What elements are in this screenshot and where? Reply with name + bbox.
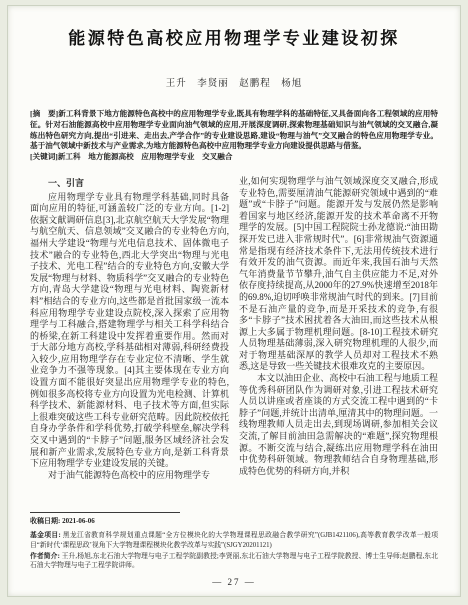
paper-page: 能源特色高校应用物理学专业建设初探 王升 李贤丽 赵鹏程 杨旭 [摘 要]新工科… [7, 5, 461, 597]
abstract-text: 新工科背景下地方能源特色高校中的应用物理学专业,既具有物理学科的基础特征,又具备… [30, 109, 438, 150]
scan-background: 能源特色高校应用物理学专业建设初探 王升 李贤丽 赵鹏程 杨旭 [摘 要]新工科… [0, 0, 468, 605]
left-column-text: 一、引言 应用物理学专业具有物理学科基础,同时具备面向应用的特征,可涵盖较广泛的… [30, 176, 229, 509]
keywords-label: [关键词] [30, 152, 58, 161]
bio-line: 作者简介: 王升,杨旭,东北石油大学物理与电子工程学院副教授;李贤丽,东北石油大… [30, 552, 438, 572]
fund-text: 黑龙江省教育科学规划重点课题“全方位模块化的大学物理课程思政融合教学研究”(GJ… [30, 532, 438, 549]
paragraph-methods: 本文以油田企业、高校中石油工程与地质工程等优秀科研团队作为调研对象,引进工程技术… [239, 373, 438, 477]
paragraph-intro: 应用物理学专业具有物理学科基础,同时具备面向应用的特征,可涵盖较广泛的专业方向。… [30, 192, 229, 470]
body-right-column: 业,如何实现物理学与油气领域深度交叉融合,形成专业特色,需要厘清油气能源研究领域… [239, 176, 438, 528]
bio-text: 王升,杨旭,东北石油大学物理与电子工程学院副教授;李贤丽,东北石油大学物理与电子… [30, 553, 438, 570]
abstract-block: [摘 要]新工科背景下地方能源特色高校中的应用物理学专业,既具有物理学科的基础特… [30, 109, 438, 163]
body-left-column: 一、引言 应用物理学专业具有物理学科基础,同时具备面向应用的特征,可涵盖较广泛的… [30, 176, 229, 528]
received-date-line: 收稿日期: 2021-06-06 [30, 516, 229, 528]
paragraph-transition: 对于油气能源特色高校中的应用物理学专 [30, 470, 229, 482]
bio-label: 作者简介: [30, 553, 60, 560]
received-date-label: 收稿日期: [30, 517, 60, 525]
section-heading-introduction: 一、引言 [30, 178, 229, 190]
keywords-text: 新工科 地方能源高校 应用物理学专业 交叉融合 [58, 152, 233, 161]
abstract-label: [摘 要] [30, 109, 58, 118]
page-title: 能源特色高校应用物理学专业建设初探 [30, 24, 438, 49]
fund-label: 基金项目: [30, 532, 61, 539]
page-number: — 27 — [30, 577, 438, 587]
fund-line: 基金项目: 黑龙江省教育科学规划重点课题“全方位模块化的大学物理课程思政融合教学… [30, 531, 438, 551]
footnote-block: 基金项目: 黑龙江省教育科学规划重点课题“全方位模块化的大学物理课程思政融合教学… [30, 531, 438, 571]
abstract-paragraph: [摘 要]新工科背景下地方能源特色高校中的应用物理学专业,既具有物理学科的基础特… [30, 109, 438, 152]
body-columns: 一、引言 应用物理学专业具有物理学科基础,同时具备面向应用的特征,可涵盖较广泛的… [30, 176, 438, 528]
footnote-received-area: 收稿日期: 2021-06-06 [30, 509, 229, 528]
received-date-value: 2021-06-06 [62, 517, 95, 525]
keywords-line: [关键词]新工科 地方能源高校 应用物理学专业 交叉融合 [30, 152, 438, 163]
footnote-separator [30, 512, 180, 513]
paragraph-continuation: 业,如何实现物理学与油气领域深度交叉融合,形成专业特色,需要厘清油气能源研究领域… [239, 176, 438, 373]
authors-line: 王升 李贤丽 赵鹏程 杨旭 [30, 75, 438, 89]
